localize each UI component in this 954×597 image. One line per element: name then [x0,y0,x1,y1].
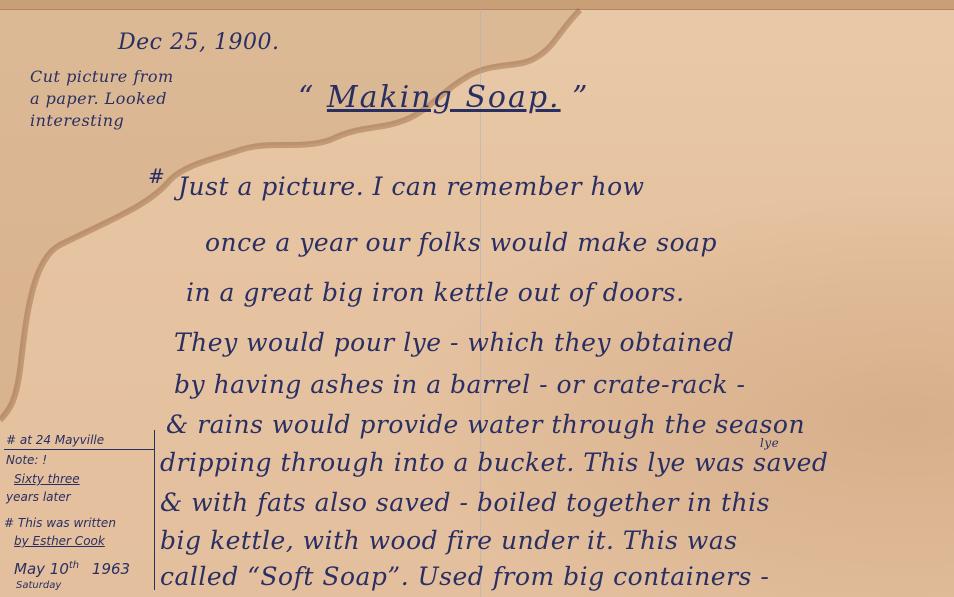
side-note-line: years later [6,490,71,504]
side-note-line: by Esther Cook [14,534,105,548]
side-note-date: May 10th 1963 [14,560,130,578]
body-line: & rains would provide water through the … [166,410,805,439]
side-note-year: 1963 [92,560,130,578]
side-note-divider [4,449,154,450]
title-close-quote: ” [572,80,589,115]
hash-mark: # [148,164,165,188]
body-line: called “Soft Soap”. Used from big contai… [160,562,769,591]
insertion-caret-text: lye [760,436,779,450]
body-line: & with fats also saved - boiled together… [160,488,770,517]
body-line: big kettle, with wood fire under it. Thi… [160,526,738,555]
body-line: dripping through into a bucket. This lye… [160,448,828,477]
body-line: in a great big iron kettle out of doors. [186,278,685,307]
document-page: Dec 25, 1900. Cut picture from a paper. … [0,0,954,597]
title-open-quote: “ [298,80,315,115]
side-note-date-main: May 10 [14,560,69,578]
margin-note-line: interesting [30,110,124,132]
side-note-line: # This was written [4,516,116,530]
margin-note-line: Cut picture from [30,66,174,88]
body-line: Just a picture. I can remember how [178,172,645,201]
body-line: They would pour lye - which they obtaine… [174,328,734,357]
side-note-weekday: Saturday [16,580,61,591]
margin-note-line: a paper. Looked [30,88,167,110]
body-line: once a year our folks would make soap [205,228,717,257]
side-note-line: Sixty three [14,472,80,486]
document-date: Dec 25, 1900. [118,30,279,55]
side-note-header: # at 24 Mayville [6,433,104,447]
document-title: “ Making Soap. ” [298,80,589,115]
side-note-date-sup: th [69,560,79,571]
side-note-label: Note: ! [6,453,47,467]
title-text: Making Soap. [327,80,561,115]
body-line: by having ashes in a barrel - or crate-r… [174,370,746,399]
